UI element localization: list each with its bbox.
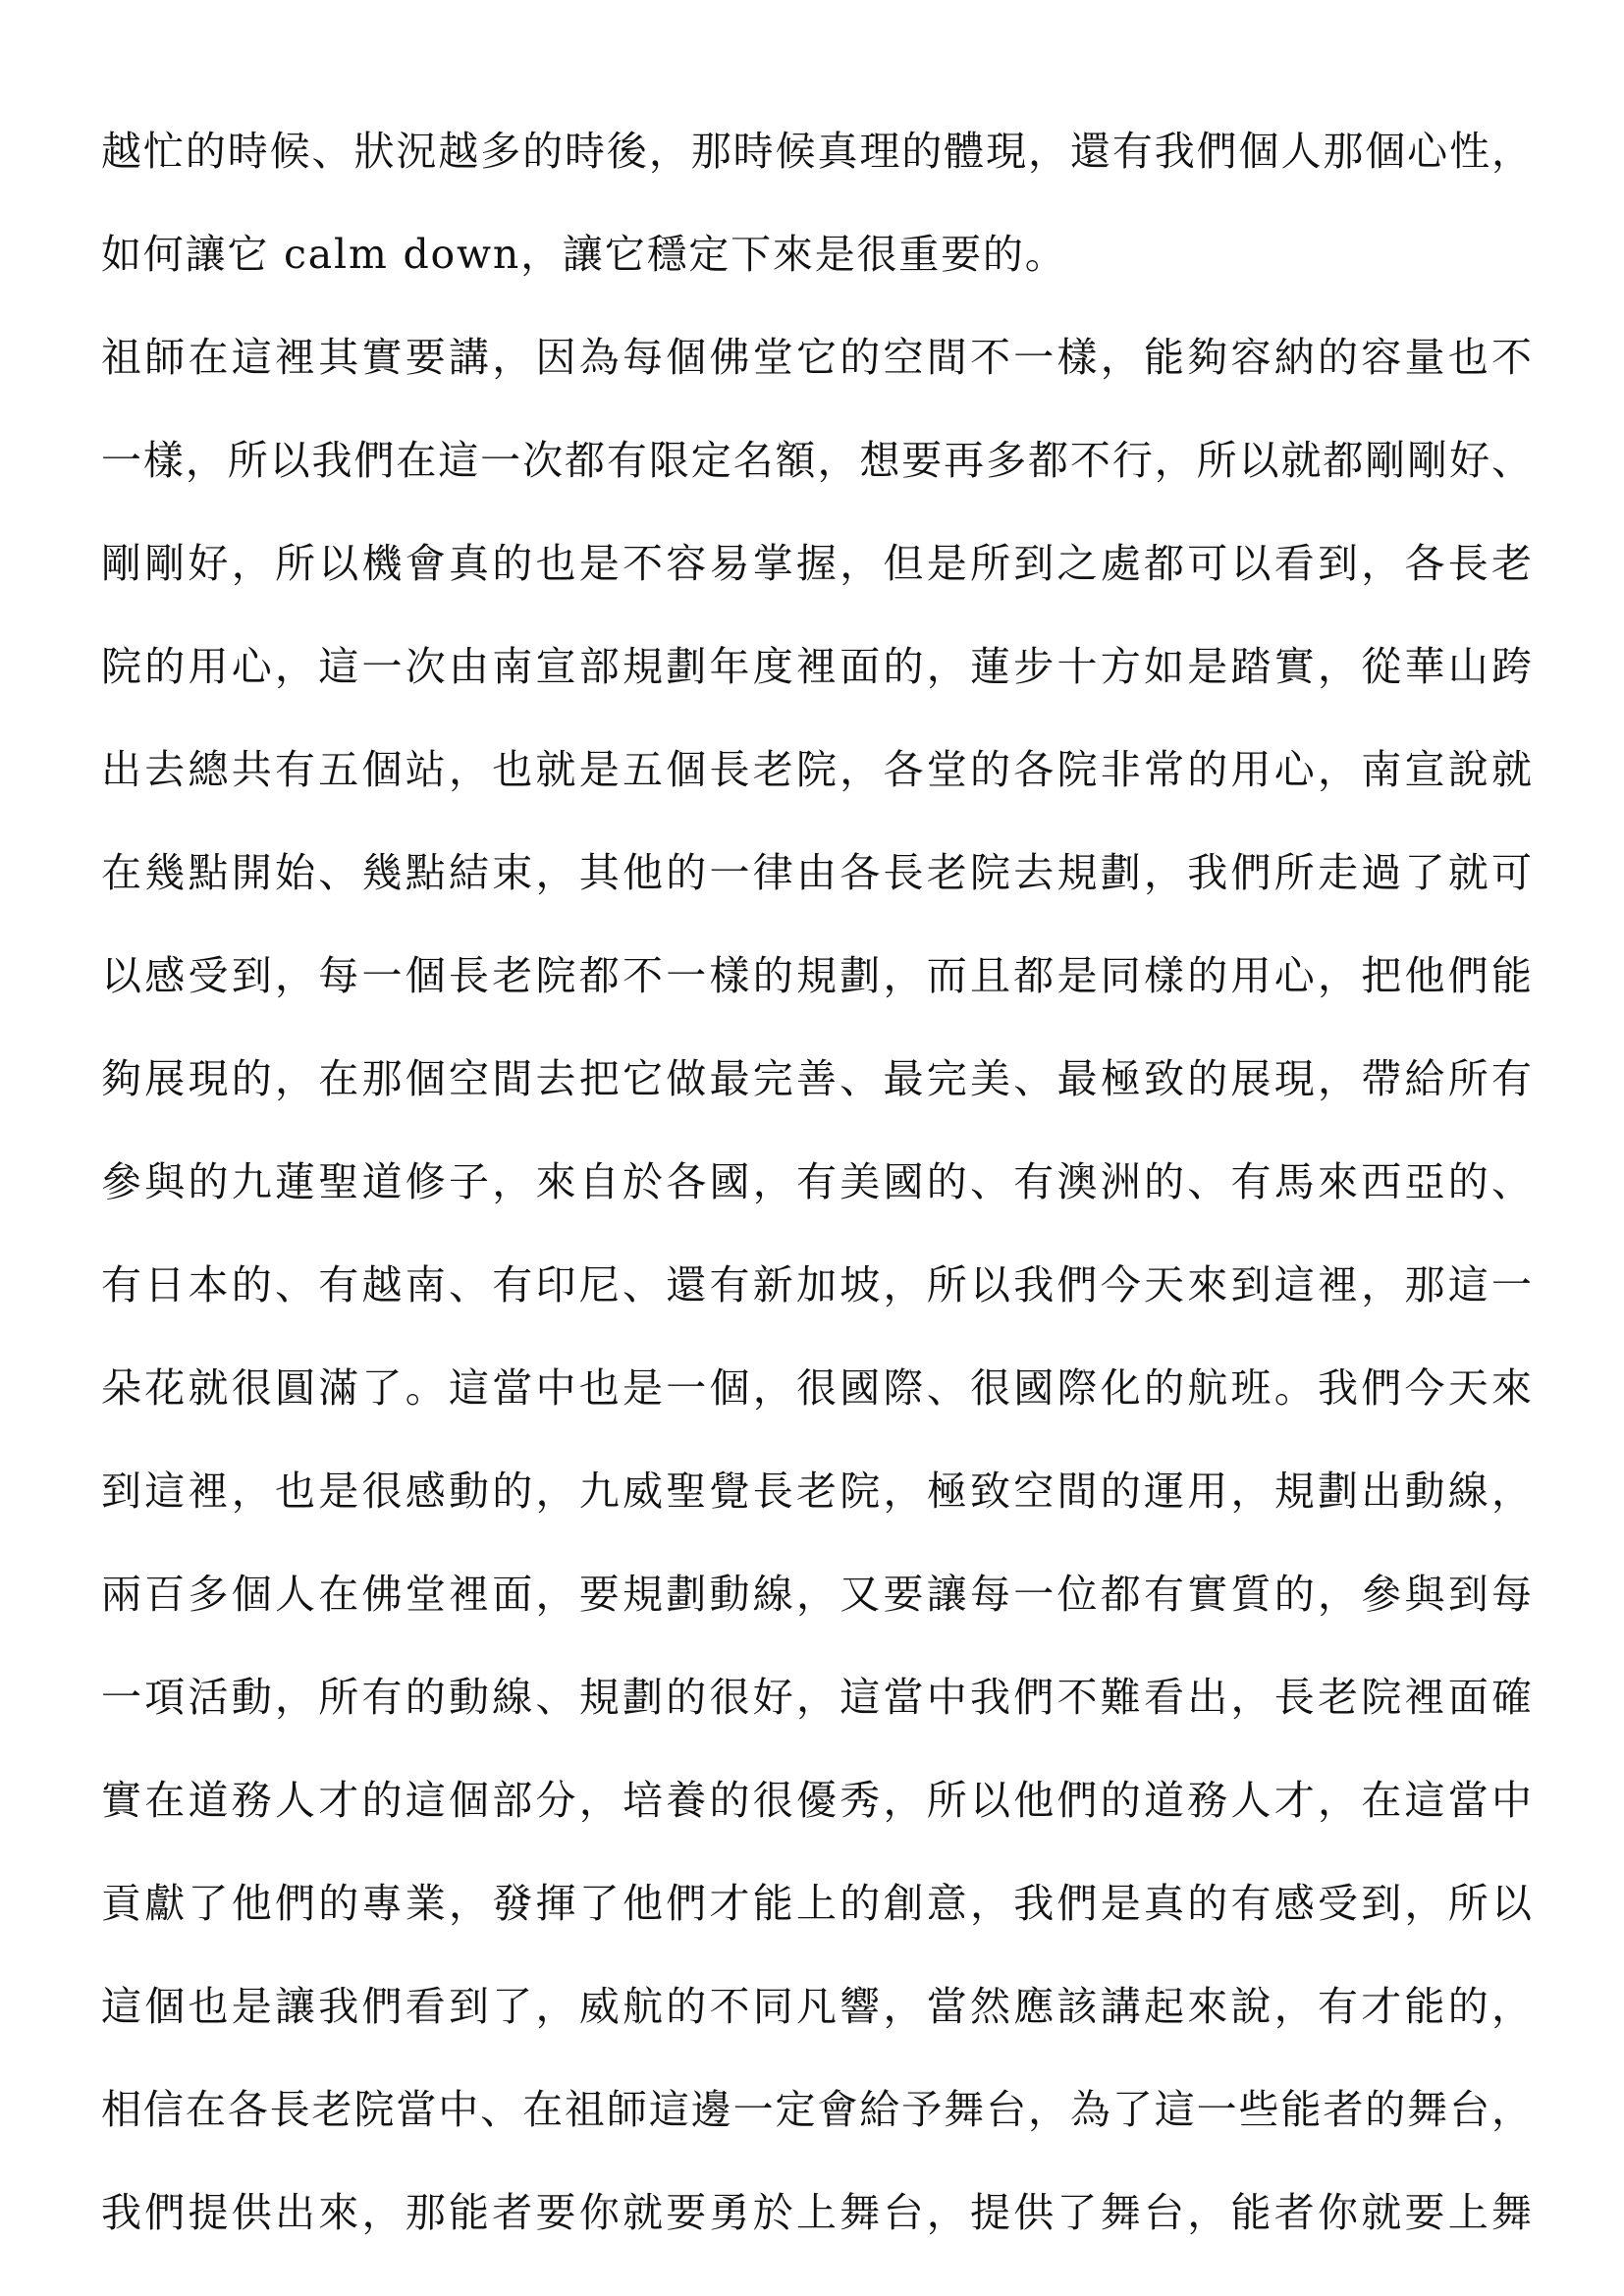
text-line: 祖師在這裡其實要講，因為每個佛堂它的空間不一樣，能夠容納的容量也不 xyxy=(101,330,1532,433)
text-line: 在幾點開始、幾點結束，其他的一律由各長老院去規劃，我們所走過了就可 xyxy=(101,845,1532,948)
text-line: 越忙的時候、狀況越多的時後，那時候真理的體現，還有我們個人那個心性， xyxy=(101,124,1532,227)
text-line: 參與的九蓮聖道修子，來自於各國，有美國的、有澳洲的、有馬來西亞的、 xyxy=(101,1154,1532,1257)
text-line: 出去總共有五個站，也就是五個長老院，各堂的各院非常的用心，南宣說就 xyxy=(101,742,1532,845)
text-line: 我們提供出來，那能者要你就要勇於上舞台，提供了舞台，能者你就要上舞 xyxy=(101,2185,1532,2288)
text-line: 有日本的、有越南、有印尼、還有新加坡，所以我們今天來到這裡，那這一 xyxy=(101,1257,1532,1361)
text-line: 朵花就很圓滿了。這當中也是一個，很國際、很國際化的航班。我們今天來 xyxy=(101,1361,1532,1464)
text-line: 以感受到，每一個長老院都不一樣的規劃，而且都是同樣的用心，把他們能 xyxy=(101,948,1532,1051)
text-line: 這個也是讓我們看到了，威航的不同凡響，當然應該講起來說，有才能的， xyxy=(101,1979,1532,2082)
text-line: 實在道務人才的這個部分，培養的很優秀，所以他們的道務人才，在這當中 xyxy=(101,1773,1532,1876)
text-line: 一樣，所以我們在這一次都有限定名額，想要再多都不行，所以就都剛剛好、 xyxy=(101,433,1532,536)
text-line: 到這裡，也是很感動的，九威聖覺長老院，極致空間的運用，規劃出動線， xyxy=(101,1464,1532,1567)
text-line: 兩百多個人在佛堂裡面，要規劃動線，又要讓每一位都有實質的，參與到每 xyxy=(101,1567,1532,1670)
document-page: 越忙的時候、狀況越多的時後，那時候真理的體現，還有我們個人那個心性， 如何讓它 … xyxy=(101,124,1532,2288)
text-line: 一項活動，所有的動線、規劃的很好，這當中我們不難看出，長老院裡面確 xyxy=(101,1670,1532,1773)
text-line: 夠展現的，在那個空間去把它做最完善、最完美、最極致的展現，帶給所有 xyxy=(101,1051,1532,1154)
text-line: 如何讓它 calm down，讓它穩定下來是很重要的。 xyxy=(101,227,1532,330)
text-line: 貢獻了他們的專業，發揮了他們才能上的創意，我們是真的有感受到，所以 xyxy=(101,1876,1532,1979)
text-line: 院的用心，這一次由南宣部規劃年度裡面的，蓮步十方如是踏實，從華山跨 xyxy=(101,639,1532,742)
text-line: 相信在各長老院當中、在祖師這邊一定會給予舞台，為了這一些能者的舞台， xyxy=(101,2082,1532,2185)
text-line: 剛剛好，所以機會真的也是不容易掌握，但是所到之處都可以看到，各長老 xyxy=(101,536,1532,639)
